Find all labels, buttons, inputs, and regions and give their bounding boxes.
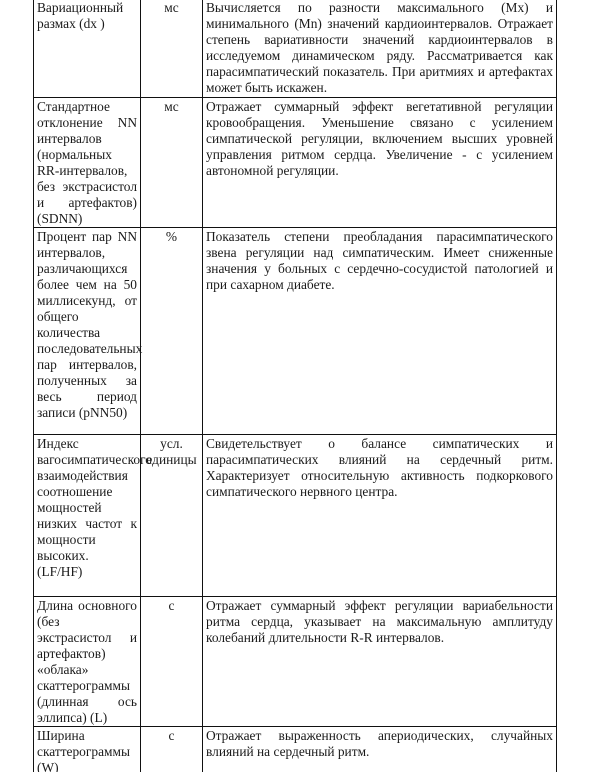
- table-row: Длина основного (без экстрасистол и арте…: [34, 597, 557, 727]
- indicator-description: Отражает выраженность апериодических, сл…: [203, 727, 557, 772]
- table-row: Индекс вагосимпатического взаимодействия…: [34, 435, 557, 597]
- indicator-description: Отражает суммарный эффект вегетативной р…: [203, 98, 557, 228]
- indicator-name: Вариационный размах (dx ): [34, 0, 141, 98]
- table-row: Ширина скаттерограммы (W) с Отражает выр…: [34, 727, 557, 772]
- indicator-unit: с: [141, 727, 203, 772]
- indicator-description: Вычисляется по разности максимального (M…: [203, 0, 557, 98]
- indicator-name: Процент пар NN интервалов, различающихся…: [34, 228, 141, 435]
- indicator-name: Индекс вагосимпатического взаимодействия…: [34, 435, 141, 597]
- indicator-unit: %: [141, 228, 203, 435]
- indicator-unit: усл. единицы: [141, 435, 203, 597]
- table-row: Вариационный размах (dx ) мс Вычисляется…: [34, 0, 557, 98]
- indicator-name: Длина основного (без экстрасистол и арте…: [34, 597, 141, 727]
- indicator-description: Показатель степени преобладания парасимп…: [203, 228, 557, 435]
- indicator-unit: с: [141, 597, 203, 727]
- hrv-indicators-table: Вариационный размах (dx ) мс Вычисляется…: [33, 0, 557, 772]
- indicator-description: Свидетельствует о балансе симпатических …: [203, 435, 557, 597]
- table-row: Процент пар NN интервалов, различающихся…: [34, 228, 557, 435]
- indicator-name: Стандартное отклонение NN интервалов (но…: [34, 98, 141, 228]
- table-row: Стандартное отклонение NN интервалов (но…: [34, 98, 557, 228]
- indicator-description: Отражает суммарный эффект регуляции вари…: [203, 597, 557, 727]
- indicator-unit: мс: [141, 0, 203, 98]
- indicator-name: Ширина скаттерограммы (W): [34, 727, 141, 772]
- indicator-unit: мс: [141, 98, 203, 228]
